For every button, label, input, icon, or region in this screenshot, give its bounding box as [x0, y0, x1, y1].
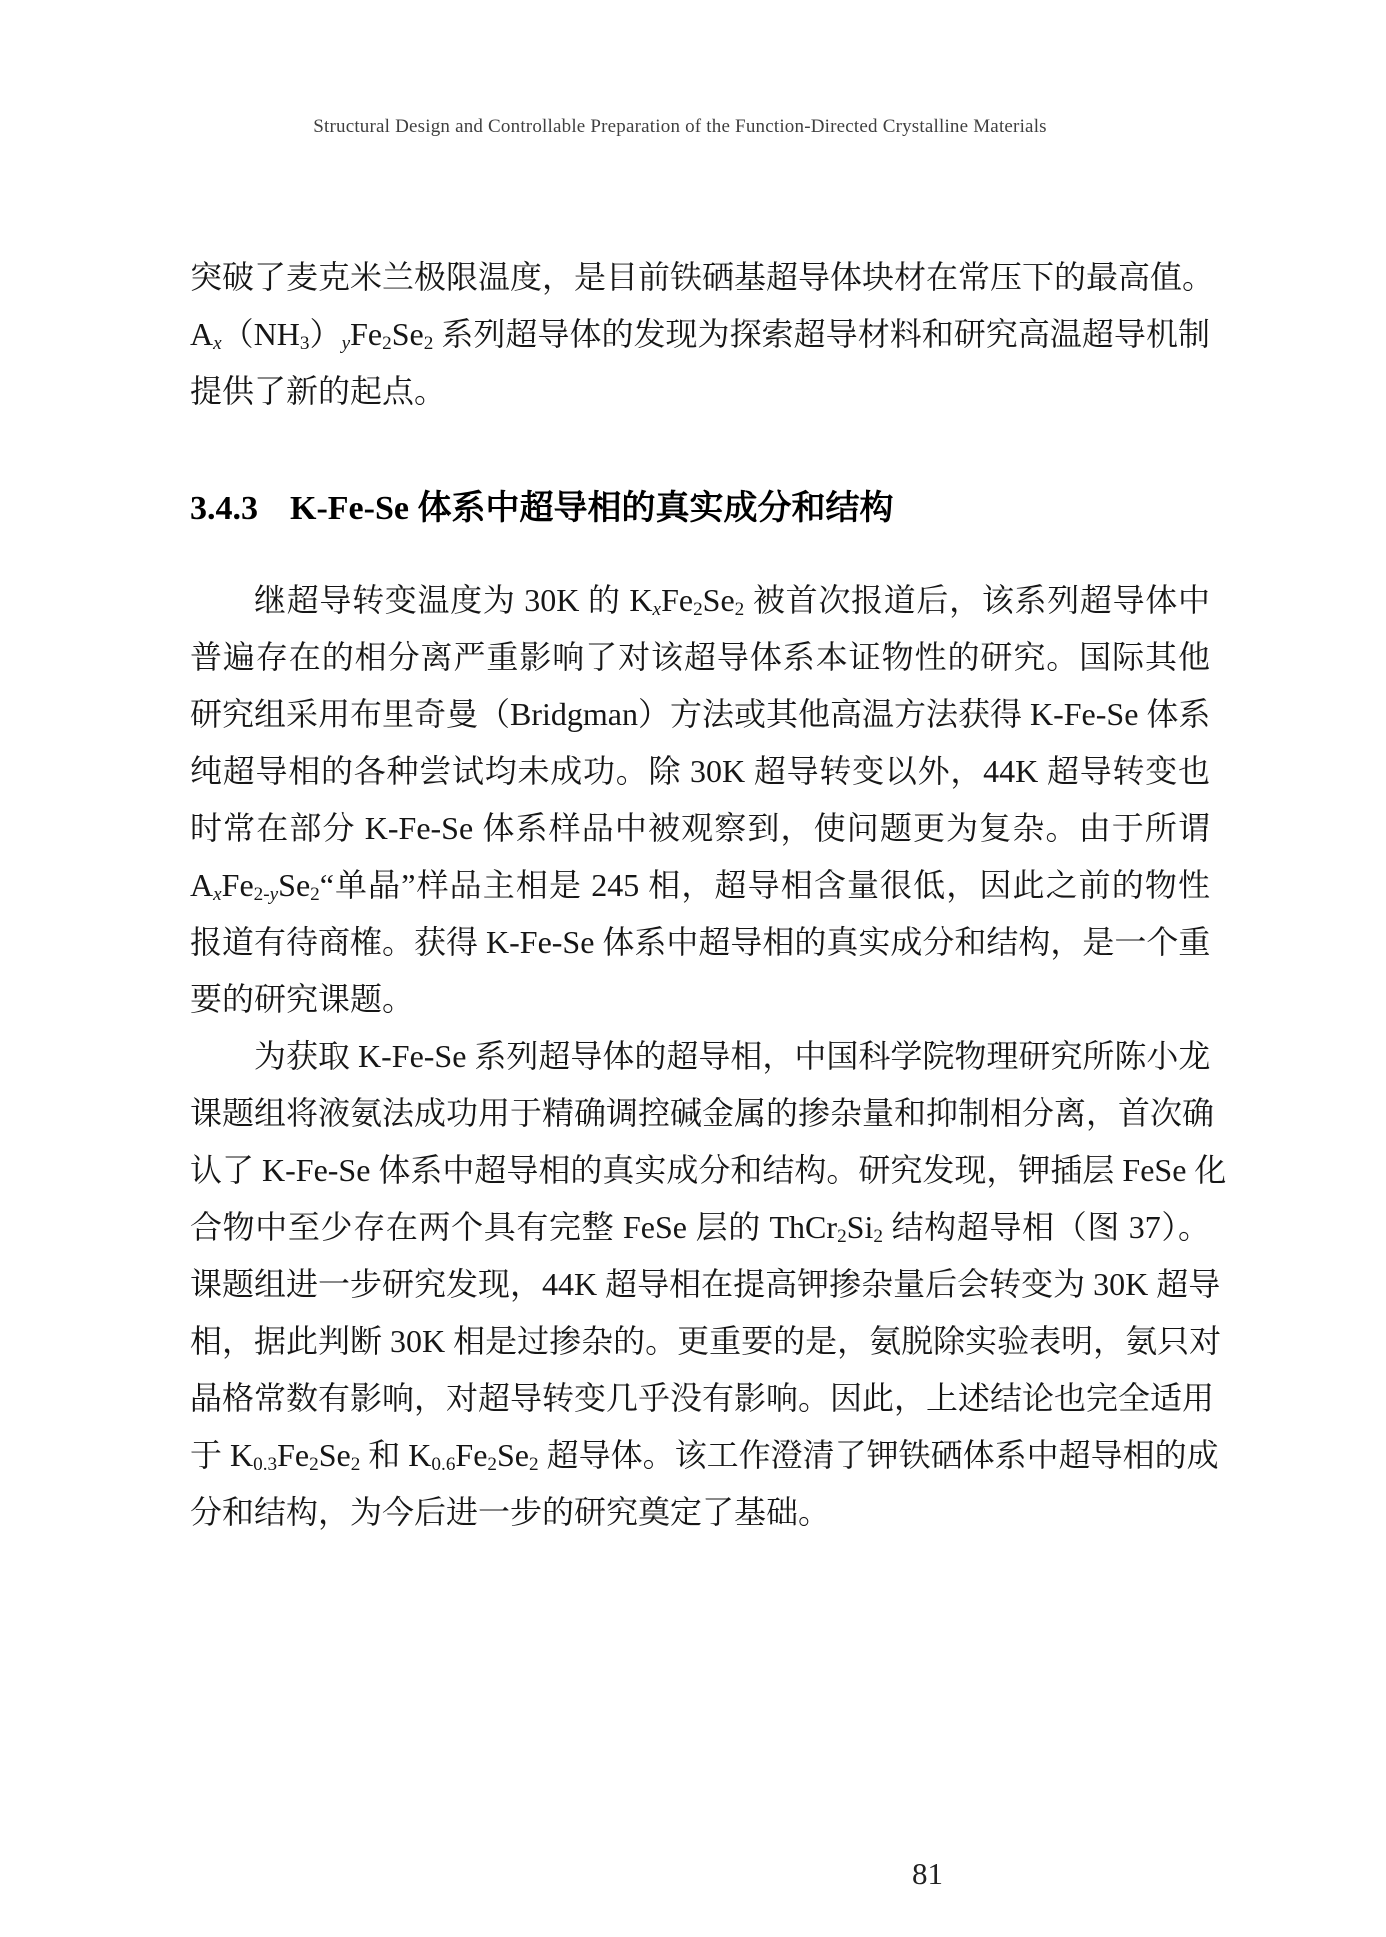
- text-line: 要的研究课题。: [190, 971, 1210, 1028]
- text-line: 研究组采用布里奇曼（Bridgman）方法或其他高温方法获得 K-Fe-Se 体…: [190, 686, 1210, 743]
- document-page: Structural Design and Controllable Prepa…: [0, 0, 1386, 1937]
- text-line: 普遍存在的相分离严重影响了对该超导体系本证物性的研究。国际其他: [190, 629, 1210, 686]
- text-line: 合物中至少存在两个具有完整 FeSe 层的 ThCr2Si2 结构超导相（图 3…: [190, 1199, 1210, 1256]
- text-line: Ax（NH3）yFe2Se2 系列超导体的发现为探索超导材料和研究高温超导机制: [190, 306, 1210, 363]
- text-line: AxFe2-ySe2“单晶”样品主相是 245 相，超导相含量很低，因此之前的物…: [190, 857, 1210, 914]
- text-line: 相，据此判断 30K 相是过掺杂的。更重要的是，氨脱除实验表明，氨只对: [190, 1313, 1210, 1370]
- section-title: K-Fe-Se 体系中超导相的真实成分和结构: [290, 490, 893, 527]
- body-text: 突破了麦克米兰极限温度，是目前铁硒基超导体块材在常压下的最高值。Ax（NH3）y…: [190, 249, 1210, 1541]
- text-line: 纯超导相的各种尝试均未成功。除 30K 超导转变以外，44K 超导转变也: [190, 743, 1210, 800]
- text-line: 分和结构，为今后进一步的研究奠定了基础。: [190, 1484, 1210, 1541]
- text-line: 提供了新的起点。: [190, 363, 1210, 420]
- text-line: 时常在部分 K-Fe-Se 体系样品中被观察到，使问题更为复杂。由于所谓: [190, 800, 1210, 857]
- text-line: 突破了麦克米兰极限温度，是目前铁硒基超导体块材在常压下的最高值。: [190, 249, 1210, 306]
- paragraph-1: 继超导转变温度为 30K 的 KxFe2Se2 被首次报道后，该系列超导体中普遍…: [190, 572, 1210, 1028]
- text-line: 报道有待商榷。获得 K-Fe-Se 体系中超导相的真实成分和结构，是一个重: [190, 914, 1210, 971]
- text-line: 晶格常数有影响，对超导转变几乎没有影响。因此，上述结论也完全适用: [190, 1370, 1210, 1427]
- text-line: 于 K0.3Fe2Se2 和 K0.6Fe2Se2 超导体。该工作澄清了钾铁硒体…: [190, 1427, 1210, 1484]
- text-line: 认了 K-Fe-Se 体系中超导相的真实成分和结构。研究发现，钾插层 FeSe …: [190, 1142, 1210, 1199]
- page-number: 81: [912, 1856, 943, 1892]
- section-heading: 3.4.3K-Fe-Se 体系中超导相的真实成分和结构: [190, 484, 1210, 534]
- text-line: 为获取 K-Fe-Se 系列超导体的超导相，中国科学院物理研究所陈小龙: [190, 1028, 1210, 1085]
- section-number: 3.4.3: [190, 484, 258, 534]
- text-line: 课题组进一步研究发现，44K 超导相在提高钾掺杂量后会转变为 30K 超导: [190, 1256, 1210, 1313]
- running-header: Structural Design and Controllable Prepa…: [150, 116, 1210, 138]
- paragraph-intro: 突破了麦克米兰极限温度，是目前铁硒基超导体块材在常压下的最高值。Ax（NH3）y…: [190, 249, 1210, 420]
- paragraph-2: 为获取 K-Fe-Se 系列超导体的超导相，中国科学院物理研究所陈小龙课题组将液…: [190, 1028, 1210, 1541]
- text-line: 课题组将液氨法成功用于精确调控碱金属的掺杂量和抑制相分离，首次确: [190, 1085, 1210, 1142]
- text-line: 继超导转变温度为 30K 的 KxFe2Se2 被首次报道后，该系列超导体中: [190, 572, 1210, 629]
